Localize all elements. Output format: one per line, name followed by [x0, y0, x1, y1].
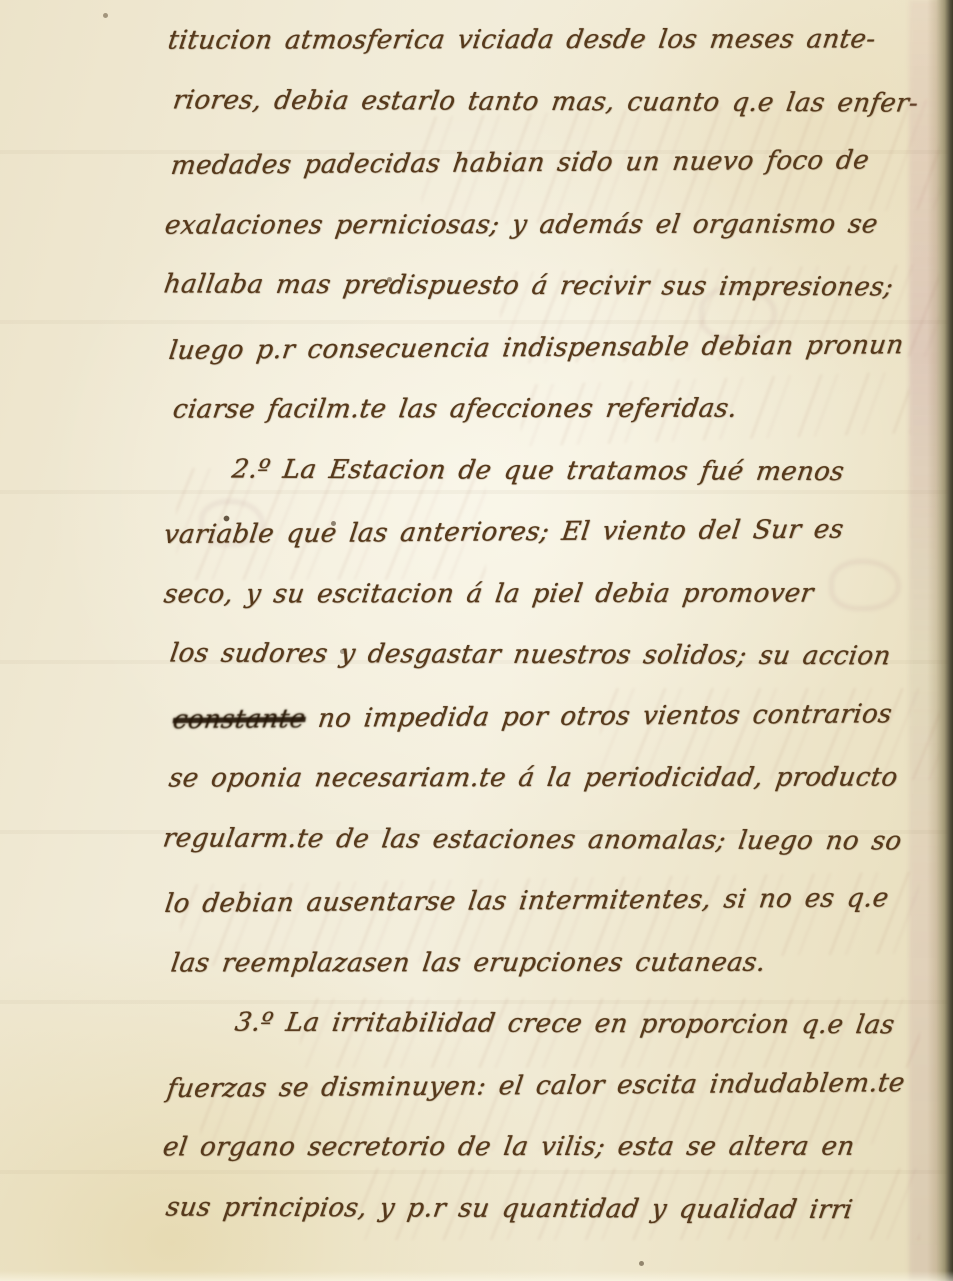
manuscript-line-2: riores, debia estarlo tanto mas, cuanto …	[173, 70, 923, 135]
struck-word: constante	[171, 703, 307, 734]
manuscript-line-4: exalaciones perniciosas; y además el org…	[165, 194, 923, 257]
line-text: fuerzas se disminuyen: el calor escita i…	[165, 1068, 907, 1104]
manuscript-line-10: seco, y su escitacion á la piel debia pr…	[164, 563, 923, 626]
manuscript-line-9: variable que las anteriores; El viento d…	[164, 499, 923, 567]
line-text: exalaciones perniciosas; y además el org…	[163, 209, 880, 240]
line-text: medades padecidas habian sido un nuevo f…	[169, 145, 871, 181]
manuscript-page: titucion atmosferica viciada desde los m…	[0, 0, 953, 1281]
line-text: los sudores y desgastar nuestros solidos…	[168, 638, 893, 671]
line-text: ciarse facilm.te las afecciones referida…	[171, 394, 739, 425]
line-text: hallaba mas predispuesto á recivir sus i…	[162, 269, 895, 302]
line-text: regularm.te de las estaciones anomalas; …	[161, 823, 904, 856]
manuscript-line-5: hallaba mas predispuesto á recivir sus i…	[164, 254, 923, 319]
manuscript-line-3: medades padecidas habian sido un nuevo f…	[171, 130, 923, 197]
manuscript-line-7: ciarse facilm.te las afecciones referida…	[173, 378, 923, 441]
manuscript-line-11: los sudores y desgastar nuestros solidos…	[170, 623, 923, 688]
line-text: el organo secretorio de la vilis; esta s…	[161, 1132, 857, 1163]
manuscript-line-17: 3.º La irritabilidad crece en proporcion…	[235, 993, 923, 1057]
line-text: seco, y su escitacion á la piel debia pr…	[162, 578, 816, 609]
line-text: no impedida por otros vientos contrarios	[304, 699, 894, 734]
manuscript-line-20: sus principios, y p.r su quantidad y qua…	[166, 1177, 923, 1241]
line-text: lo debian ausentarse las intermitentes, …	[163, 883, 890, 919]
line-text: se oponia necesariam.te á la periodicida…	[167, 763, 900, 794]
manuscript-line-18: fuerzas se disminuyen: el calor escita i…	[167, 1052, 923, 1120]
line-text: las reemplazasen las erupciones cutaneas…	[169, 947, 768, 978]
line-text: 2.º La Estacion de que tratamos fué meno…	[230, 454, 846, 487]
line-text: titucion atmosferica viciada desde los m…	[166, 24, 878, 55]
bottom-edge-highlight	[0, 1271, 953, 1281]
ink-specks	[0, 0, 3, 3]
line-text: variable que las anteriores; El viento d…	[162, 515, 845, 550]
manuscript-line-8: 2.º La Estacion de que tratamos fué meno…	[232, 439, 923, 503]
manuscript-line-16: las reemplazasen las erupciones cutaneas…	[171, 932, 923, 994]
manuscript-line-14: regularm.te de las estaciones anomalas; …	[163, 808, 923, 873]
manuscript-lines: titucion atmosferica viciada desde los m…	[168, 10, 923, 1240]
manuscript-line-19: el organo secretorio de la vilis; esta s…	[163, 1117, 923, 1179]
manuscript-line-15: lo debian ausentarse las intermitentes, …	[165, 868, 923, 936]
manuscript-line-1: titucion atmosferica viciada desde los m…	[168, 9, 923, 72]
line-text: luego p.r consecuencia indispensable deb…	[167, 330, 905, 366]
manuscript-line-12: constante no impedida por otros vientos …	[173, 683, 923, 751]
line-text: riores, debia estarlo tanto mas, cuanto …	[171, 85, 920, 118]
line-text: sus principios, y p.r su quantidad y qua…	[164, 1192, 855, 1225]
page-edge	[927, 0, 953, 1281]
line-text: 3.º La irritabilidad crece en proporcion…	[233, 1008, 897, 1041]
manuscript-line-6: luego p.r consecuencia indispensable deb…	[169, 315, 923, 382]
manuscript-line-13: se oponia necesariam.te á la periodicida…	[169, 748, 923, 810]
